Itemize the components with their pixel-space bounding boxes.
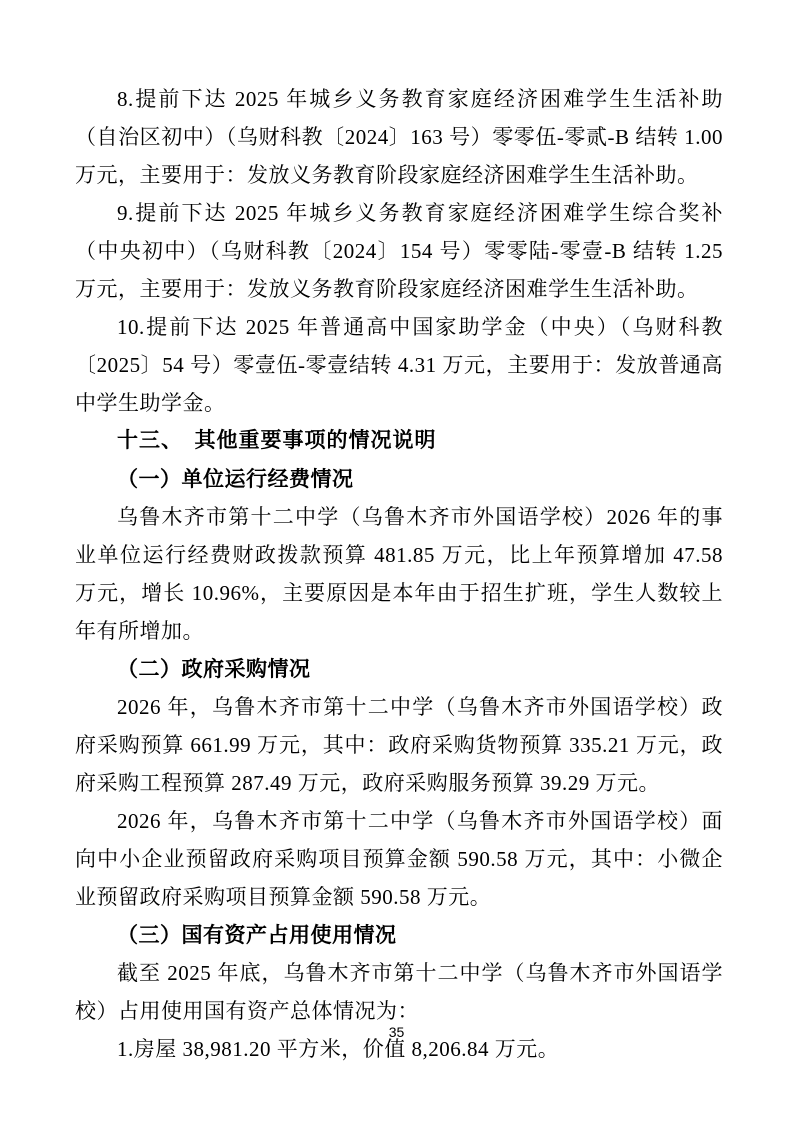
subsection-heading-2: （二）政府采购情况 [75,650,723,688]
document-page: 8.提前下达 2025 年城乡义务教育家庭经济困难学生生活补助（自治区初中）（乌… [0,0,793,1122]
paragraph-procurement-sme: 2026 年，乌鲁木齐市第十二中学（乌鲁木齐市外国语学校）面向中小企业预留政府采… [75,802,723,916]
paragraph-item-8: 8.提前下达 2025 年城乡义务教育家庭经济困难学生生活补助（自治区初中）（乌… [75,80,723,194]
page-number: 35 [0,1022,793,1042]
subsection-heading-3: （三）国有资产占用使用情况 [75,916,723,954]
paragraph-procurement-total: 2026 年，乌鲁木齐市第十二中学（乌鲁木齐市外国语学校）政府采购预算 661.… [75,688,723,802]
paragraph-item-10: 10.提前下达 2025 年普通高中国家助学金（中央）（乌财科教〔2025〕54… [75,308,723,422]
subsection-heading-1: （一）单位运行经费情况 [75,460,723,498]
paragraph-state-assets-intro: 截至 2025 年底，乌鲁木齐市第十二中学（乌鲁木齐市外国语学校）占用使用国有资… [75,954,723,1030]
section-heading-13: 十三、 其他重要事项的情况说明 [75,422,723,460]
paragraph-operating-funds: 乌鲁木齐市第十二中学（乌鲁木齐市外国语学校）2026 年的事业单位运行经费财政拨… [75,498,723,650]
document-body: 8.提前下达 2025 年城乡义务教育家庭经济困难学生生活补助（自治区初中）（乌… [75,80,723,1068]
paragraph-item-9: 9.提前下达 2025 年城乡义务教育家庭经济困难学生综合奖补（中央初中）（乌财… [75,194,723,308]
